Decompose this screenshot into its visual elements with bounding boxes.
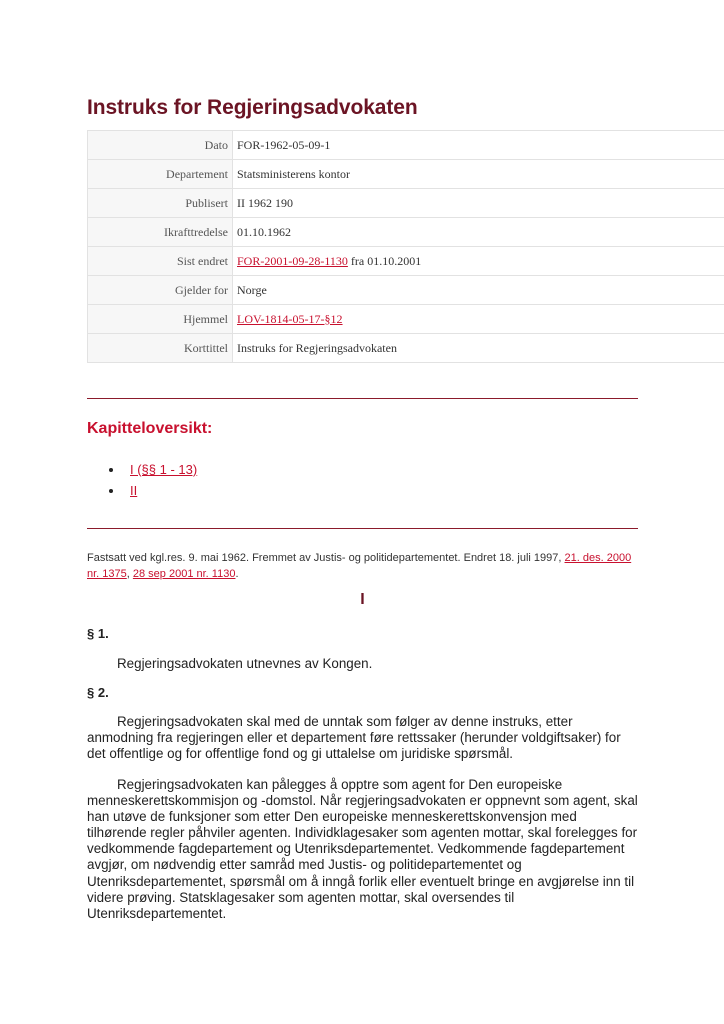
amendment-link-2001[interactable]: 28 sep 2001 nr. 1130 (133, 568, 236, 580)
metadata-table: Dato FOR-1962-05-09-1 Departement Statsm… (87, 130, 724, 363)
chapter-list-item: II (130, 480, 197, 501)
chapter-overview-heading: Kapitteloversikt: (87, 420, 212, 438)
metadata-label: Sist endret (88, 247, 233, 276)
metadata-label: Korttittel (88, 334, 233, 363)
metadata-label: Ikrafttredelse (88, 218, 233, 247)
chapter-heading: I (87, 591, 638, 609)
section-divider (87, 528, 638, 529)
document-page: Instruks for Regjeringsadvokaten Dato FO… (87, 94, 638, 122)
section-1-paragraph: Regjeringsadvokaten utnevnes av Kongen. (87, 656, 638, 672)
metadata-row-publisert: Publisert II 1962 190 (88, 189, 724, 218)
section-heading-2: § 2. (87, 685, 109, 700)
metadata-row-sist-endret: Sist endret FOR-2001-09-28-1130 fra 01.1… (88, 247, 724, 276)
metadata-value: 01.10.1962 (233, 218, 724, 247)
metadata-value: FOR-1962-05-09-1 (233, 131, 724, 160)
chapter-list: I (§§ 1 - 13) II (87, 459, 197, 501)
metadata-value: Norge (233, 276, 724, 305)
metadata-row-korttittel: Korttittel Instruks for Regjeringsadvoka… (88, 334, 724, 363)
amendment-date-text: fra 01.10.2001 (348, 254, 421, 268)
chapter-link-ii[interactable]: II (130, 483, 137, 498)
section-2-paragraph-1: Regjeringsadvokaten skal med de unntak s… (87, 714, 638, 762)
page-title: Instruks for Regjeringsadvokaten (87, 94, 638, 122)
legal-basis-link[interactable]: LOV-1814-05-17-§12 (237, 312, 343, 326)
preamble: Fastsatt ved kgl.res. 9. mai 1962. Fremm… (87, 550, 638, 582)
metadata-label: Departement (88, 160, 233, 189)
metadata-row-departement: Departement Statsministerens kontor (88, 160, 724, 189)
metadata-label: Hjemmel (88, 305, 233, 334)
metadata-value: Statsministerens kontor (233, 160, 724, 189)
section-2-paragraph-2: Regjeringsadvokaten kan pålegges å opptr… (87, 777, 638, 922)
preamble-end: . (235, 568, 238, 580)
section-divider (87, 398, 638, 399)
metadata-value: II 1962 190 (233, 189, 724, 218)
chapter-list-item: I (§§ 1 - 13) (130, 459, 197, 480)
amendment-link[interactable]: FOR-2001-09-28-1130 (237, 254, 348, 268)
metadata-row-ikrafttredelse: Ikrafttredelse 01.10.1962 (88, 218, 724, 247)
metadata-value: LOV-1814-05-17-§12 (233, 305, 724, 334)
preamble-text: Fastsatt ved kgl.res. 9. mai 1962. Fremm… (87, 552, 565, 564)
chapter-link-i[interactable]: I (§§ 1 - 13) (130, 462, 197, 477)
section-heading-1: § 1. (87, 626, 109, 641)
metadata-row-hjemmel: Hjemmel LOV-1814-05-17-§12 (88, 305, 724, 334)
metadata-label: Dato (88, 131, 233, 160)
metadata-row-gjelder-for: Gjelder for Norge (88, 276, 724, 305)
metadata-value: Instruks for Regjeringsadvokaten (233, 334, 724, 363)
metadata-label: Gjelder for (88, 276, 233, 305)
metadata-row-dato: Dato FOR-1962-05-09-1 (88, 131, 724, 160)
metadata-value: FOR-2001-09-28-1130 fra 01.10.2001 (233, 247, 724, 276)
metadata-label: Publisert (88, 189, 233, 218)
